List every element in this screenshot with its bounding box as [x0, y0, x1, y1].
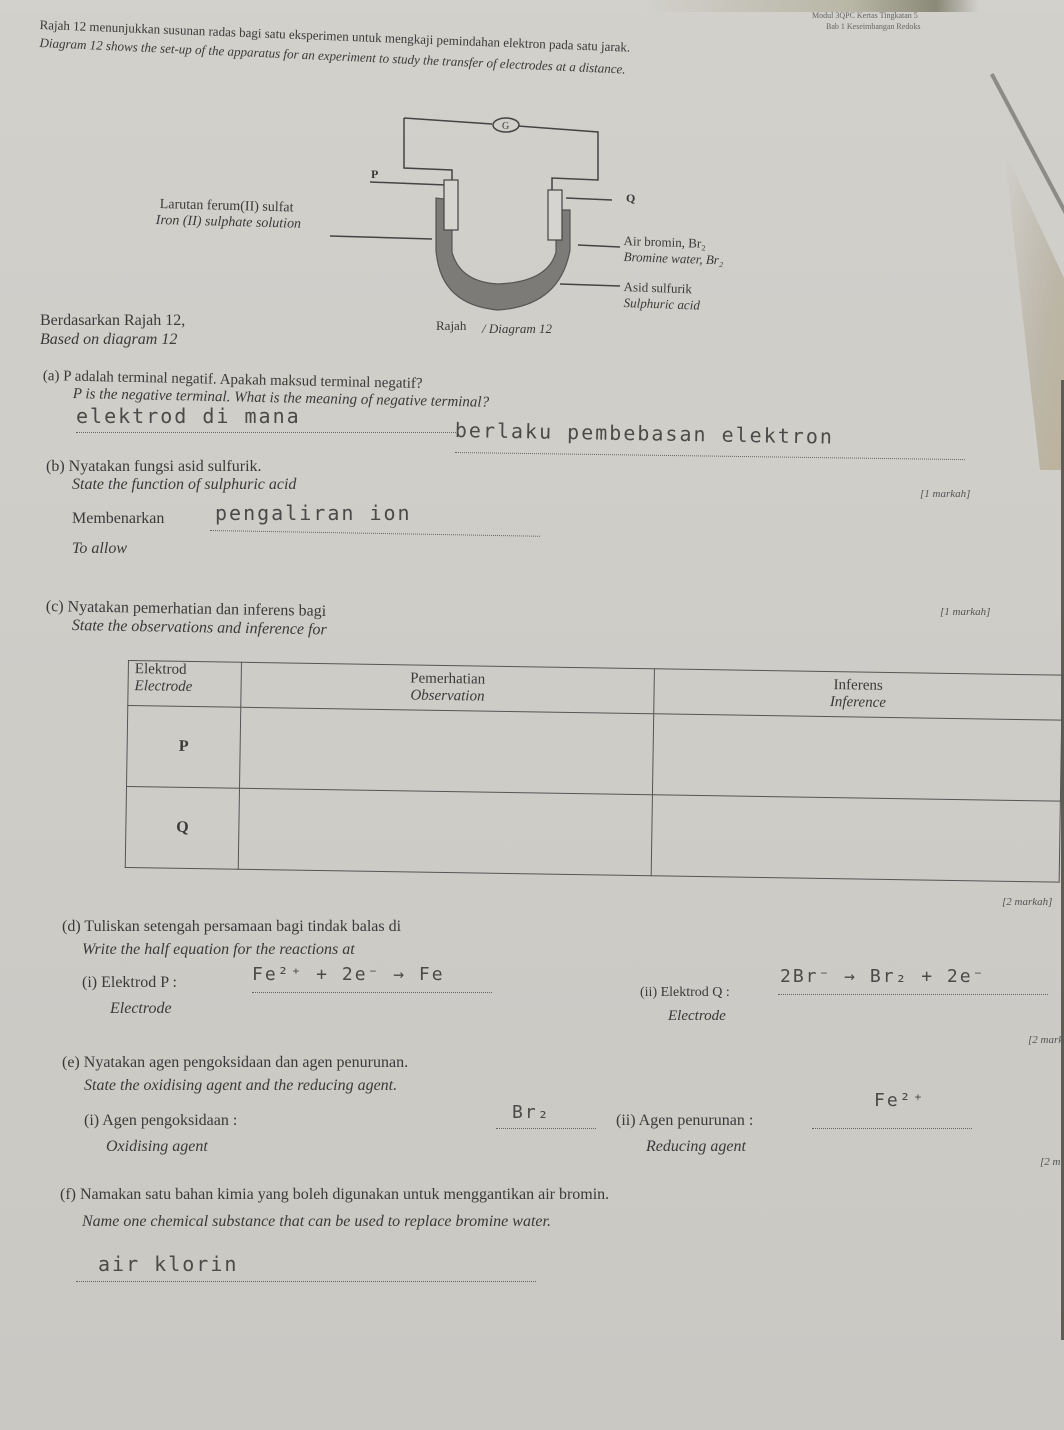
- answer-f[interactable]: air klorin: [98, 1256, 238, 1273]
- table-row: Q: [125, 786, 1060, 882]
- marks-e: [2 m: [1040, 1156, 1060, 1168]
- question-b-malay: (b) Nyatakan fungsi asid sulfurik.: [46, 458, 262, 475]
- question-b-english: State the function of sulphuric acid: [72, 476, 296, 493]
- header-inference: Inferens Inference: [654, 669, 1063, 720]
- question-b-prefix-english: To allow: [72, 540, 127, 557]
- header-observation: Pemerhatian Observation: [241, 662, 655, 713]
- marks-c: [2 markah]: [1002, 896, 1052, 908]
- row-q-electrode: Q: [125, 786, 239, 869]
- question-f-malay: (f) Namakan satu bahan kimia yang boleh …: [60, 1186, 609, 1203]
- answer-d-i[interactable]: Fe²⁺ + 2e⁻ → Fe: [252, 966, 445, 983]
- galvanometer-label: G: [502, 118, 509, 135]
- question-d-i-label: (i) Elektrod P :: [82, 974, 177, 991]
- worksheet-page: Modul 3QPC Kertas Tingkatan 5 Bab 1 Kese…: [0, 0, 1064, 1430]
- marks-b: [1 markah]: [940, 606, 990, 618]
- question-e-malay: (e) Nyatakan agen pengoksidaan dan agen …: [62, 1054, 408, 1071]
- right-label1-english: Bromine water, Br₂: [623, 248, 723, 268]
- diagram-caption-english: / Diagram 12: [482, 320, 552, 337]
- answer-a-line2[interactable]: berlaku pembebasan elektron: [455, 422, 834, 446]
- row-p-observation[interactable]: [239, 707, 653, 794]
- question-b-prefix-malay: Membenarkan: [72, 510, 164, 527]
- electrode-p-label: P: [371, 166, 378, 183]
- question-e-i-label: (i) Agen pengoksidaan :: [84, 1112, 237, 1129]
- diagram-caption-malay: Rajah: [436, 317, 466, 334]
- observation-table: Elektrod Electrode Pemerhatian Observati…: [125, 660, 1063, 883]
- row-p-electrode: P: [127, 706, 241, 789]
- question-e-i-english: Oxidising agent: [106, 1138, 208, 1155]
- question-d-i-electrode: Electrode: [110, 1000, 172, 1017]
- answer-a-underline2: [455, 452, 965, 460]
- question-d-malay: (d) Tuliskan setengah persamaan bagi tin…: [62, 918, 401, 935]
- answer-d-ii[interactable]: 2Br⁻ → Br₂ + 2e⁻: [780, 968, 985, 985]
- question-f-english: Name one chemical substance that can be …: [82, 1213, 551, 1230]
- header-electrode: Elektrod Electrode: [128, 661, 242, 708]
- question-d-ii-label: (ii) Elektrod Q :: [640, 984, 730, 1001]
- table-row: P: [127, 706, 1062, 802]
- answer-e-i-underline: [496, 1128, 596, 1129]
- row-q-observation[interactable]: [238, 788, 652, 875]
- answer-d-ii-underline: [778, 994, 1048, 995]
- row-q-inference[interactable]: [651, 795, 1060, 882]
- answer-a-underline1: [76, 432, 456, 433]
- marks-a: [1 markah]: [920, 488, 970, 500]
- right-label2-english: Sulphuric acid: [623, 294, 700, 314]
- answer-e-ii-underline: [812, 1128, 972, 1129]
- row-p-inference[interactable]: [652, 714, 1061, 801]
- question-c-english: State the observations and inference for: [72, 617, 327, 638]
- answer-a-line1[interactable]: elektrod di mana: [76, 408, 301, 425]
- answer-d-i-underline: [252, 992, 492, 993]
- answer-b-underline: [210, 530, 540, 537]
- question-e-ii-label: (ii) Agen penurunan :: [616, 1112, 753, 1129]
- question-e-ii-english: Reducing agent: [646, 1138, 746, 1155]
- answer-e-i[interactable]: Br₂: [512, 1104, 551, 1121]
- apparatus-diagram: [0, 0, 1064, 340]
- electrode-q-label: Q: [626, 190, 635, 207]
- based-on-english: Based on diagram 12: [40, 331, 177, 348]
- question-e-english: State the oxidising agent and the reduci…: [84, 1077, 397, 1094]
- answer-f-underline: [76, 1281, 536, 1282]
- answer-b[interactable]: pengaliran ion: [215, 505, 412, 522]
- question-d-ii-electrode: Electrode: [668, 1008, 726, 1025]
- answer-e-ii[interactable]: Fe²⁺: [874, 1092, 925, 1109]
- based-on-malay: Berdasarkan Rajah 12,: [40, 312, 185, 329]
- header-electrode-malay: Elektrod: [135, 661, 235, 680]
- question-d-english: Write the half equation for the reaction…: [82, 941, 355, 958]
- marks-d: [2 markah]: [1028, 1034, 1064, 1046]
- header-electrode-english: Electrode: [134, 678, 234, 697]
